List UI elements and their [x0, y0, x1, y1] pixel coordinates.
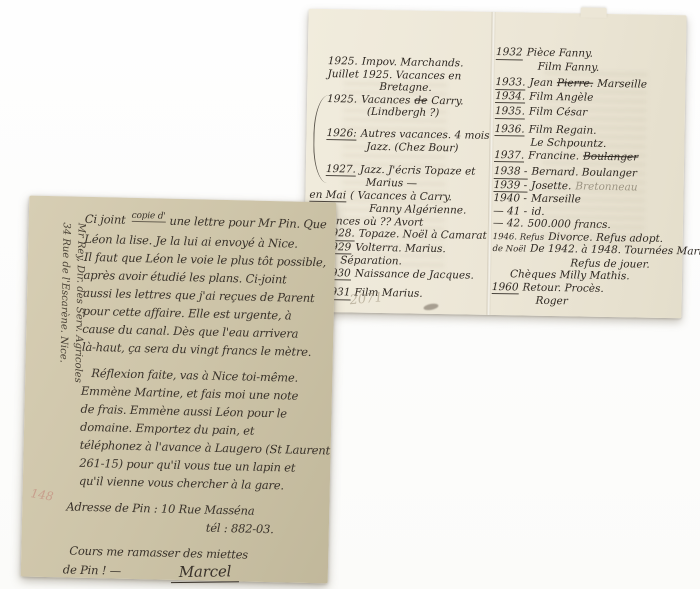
manuscript-line: 1926:Autres vacances. 4 mois [326, 127, 494, 143]
text-segment: Marius — [366, 177, 418, 190]
pencil-text: Bretonneau [575, 180, 637, 193]
year-label: 1939 - [494, 178, 528, 192]
year-label: 1925. [328, 55, 358, 68]
text-segment: Cours me ramasser des miettes [69, 544, 248, 562]
text-segment: Naissance de Jacques. [355, 267, 474, 281]
text-segment: Film Angèle [529, 90, 593, 103]
photo-background: 1925.Impov. Marchands.Juillet 1925. Vaca… [0, 0, 700, 589]
text-segment: Bretagne. [379, 81, 432, 94]
chronology-column-left: 1925.Impov. Marchands.Juillet 1925. Vaca… [324, 55, 496, 302]
text-segment: (Lindbergh ?) [367, 106, 440, 119]
year-label: 1936. [494, 122, 524, 136]
manuscript-line: 1935.Film César [495, 105, 683, 122]
manuscript-line: 1932Pièce Fanny. [496, 46, 684, 63]
year-label: en Mai [309, 188, 346, 202]
year-label: 1932 [496, 46, 523, 60]
year-label: 1933. [495, 76, 525, 90]
manuscript-line: 1934.Film Angèle [495, 89, 683, 106]
text-segment: Topaze. Noël à Camarat [359, 228, 487, 242]
manuscript-line: Roger [535, 295, 679, 310]
text-segment: domaine. Emportez du pain, et [80, 420, 254, 438]
struck-text: Pierre. [557, 77, 593, 90]
pencil-ghost-number: 2071 [349, 290, 383, 308]
text-segment: Fanny Algérienne. [369, 203, 466, 217]
paper-fold-tab [581, 7, 607, 17]
manuscript-line: 1960Retour. Procès. [492, 280, 680, 297]
text-segment: de Pin ! — [63, 562, 121, 577]
manuscript-line: Film Fanny. [538, 60, 684, 75]
year-label: 1926: [326, 127, 356, 141]
year-label: 1934. [495, 89, 525, 103]
letter-body: Ci jointcopie d'une lettre pour Mr Pin. … [77, 210, 333, 586]
text-segment: Jazz. (Chez Bour) [366, 141, 458, 155]
text-segment: Film Regain. [529, 123, 597, 136]
text-segment: Marseille [531, 193, 581, 206]
text-segment: Film César [529, 106, 587, 119]
text-segment: Chèques Milly Mathis. [510, 268, 630, 282]
year-label: — 41 - [493, 204, 527, 217]
chronology-page: 1925.Impov. Marchands.Juillet 1925. Vaca… [303, 9, 686, 319]
text-segment: Autres vacances. 4 mois [361, 127, 490, 141]
text-segment: id. [531, 205, 545, 217]
small-note: de Noël [492, 244, 526, 255]
text-segment: Marseille [597, 78, 647, 91]
manuscript-line: Adresse de Pin : 10 Rue Masséna [66, 497, 326, 521]
manuscript-line: 1930Naissance de Jacques. [324, 267, 492, 283]
text-segment: Josette. [531, 179, 571, 192]
struck-text: Boulanger [583, 150, 638, 163]
text-segment: Retour. Procès. [522, 281, 603, 294]
manuscript-line: de NoëlDe 1942. à 1948. Tournées Marius [492, 242, 680, 259]
manuscript-line: 1927.Jazz. J'écris Topaze et [326, 163, 494, 179]
year-label: 1938 - [494, 165, 528, 179]
text-segment: Film Fanny. [538, 60, 600, 73]
text-segment: Carry. [431, 94, 463, 107]
year-label: 1935. [495, 105, 525, 119]
text-segment: Francine. [528, 149, 579, 162]
text-segment: Adresse de Pin : 10 Rue Masséna [66, 499, 254, 517]
text-segment: Juillet 1925. Vacances en [327, 68, 461, 82]
inventory-corner-mark: 148 [30, 486, 55, 504]
year-label: 1960 [492, 280, 519, 294]
text-segment: Ci joint [85, 212, 126, 227]
letter-page: Mr Rey, Dir. des Serv. Agricoles 34 Rue … [21, 196, 337, 584]
text-segment: Impov. Marchands. [362, 56, 464, 70]
text-segment: Jean [529, 77, 553, 89]
ink-smudge [423, 303, 439, 312]
year-label: — 42. [493, 217, 524, 230]
text-segment: Refus de jouer. [570, 257, 650, 270]
text-segment: qu'il vienne vous chercher à la gare. [79, 474, 284, 493]
text-segment: là-haut, ça sera du vingt francs le mètr… [82, 340, 312, 359]
text-segment: De 1942. à 1948. Tournées Marius [530, 243, 700, 258]
text-segment: Pièce Fanny. [527, 47, 594, 60]
signature: Marcel [171, 562, 240, 583]
text-segment: Roger [536, 295, 568, 308]
struck-text: de [414, 94, 427, 106]
small-note: 1946. Refus [493, 231, 545, 242]
year-label: 1927. [326, 163, 356, 177]
text-segment: une lettre pour Mr Pin. Que [169, 214, 326, 232]
text-segment: Vacances [361, 93, 410, 106]
text-segment: 500.000 francs. [527, 218, 610, 231]
text-segment: Séparation. [340, 254, 402, 267]
text-segment: Volterra. Marius. [355, 241, 446, 255]
year-label: 1940 - [493, 192, 527, 205]
manuscript-line: (Lindbergh ?) [367, 106, 495, 121]
manuscript-line: tél : 882-03. [206, 519, 326, 540]
text-segment: Bernard. Boulanger [531, 166, 637, 180]
text-segment: Jazz. J'écris Topaze et [360, 163, 476, 177]
year-label: 1937. [494, 148, 524, 162]
manuscript-line: 1937.Francine.Boulanger [494, 148, 682, 165]
text-segment: ( Vacances à Carry. [350, 189, 452, 203]
chronology-column-right: 1932Pièce Fanny.Film Fanny.1933.JeanPier… [492, 46, 685, 310]
inserted-text: copie d' [132, 211, 166, 223]
text-segment: Le Schpountz. [530, 137, 606, 150]
year-label: 1925. [327, 93, 357, 106]
text-segment: tél : 882-03. [206, 521, 274, 537]
manuscript-line: Jazz. (Chez Bour) [366, 141, 494, 156]
